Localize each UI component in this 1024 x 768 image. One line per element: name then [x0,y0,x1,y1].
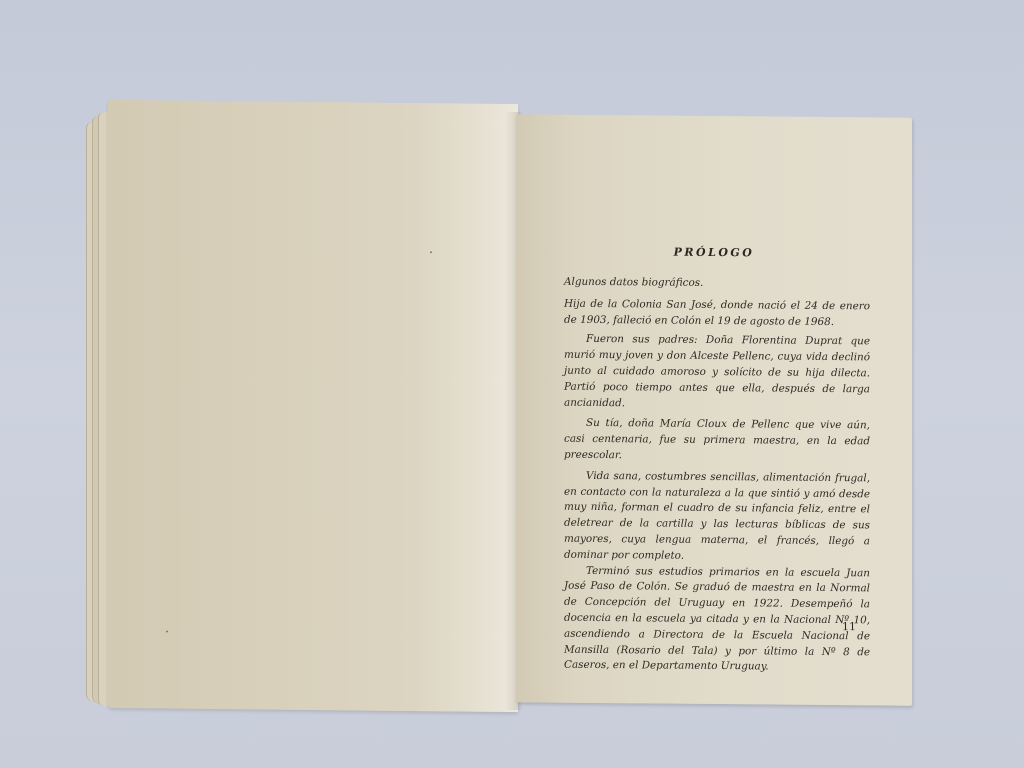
paragraph: Su tía, doña María Cloux de Pellenc que … [564,416,870,466]
paragraph: Vida sana, costumbres sencillas, aliment… [564,468,870,565]
paper-speck [166,630,168,632]
paragraph: Hija de la Colonia San José, donde nació… [564,296,870,330]
paragraph: Fueron sus padres: Doña Florentina Dupra… [564,332,870,414]
page-title: PRÓLOGO [516,244,912,260]
body-text: Algunos datos biográficos. Hija de la Co… [564,275,870,677]
paragraph: Terminó sus estudios primarios en la esc… [564,563,870,676]
photo-scene: PRÓLOGO Algunos datos biográficos. Hija … [0,0,1024,768]
subtitle: Algunos datos biográficos. [564,275,870,293]
page-number: 11 [842,620,856,633]
right-page: PRÓLOGO Algunos datos biográficos. Hija … [516,114,912,705]
left-page [108,100,518,712]
paper-speck [430,251,432,253]
